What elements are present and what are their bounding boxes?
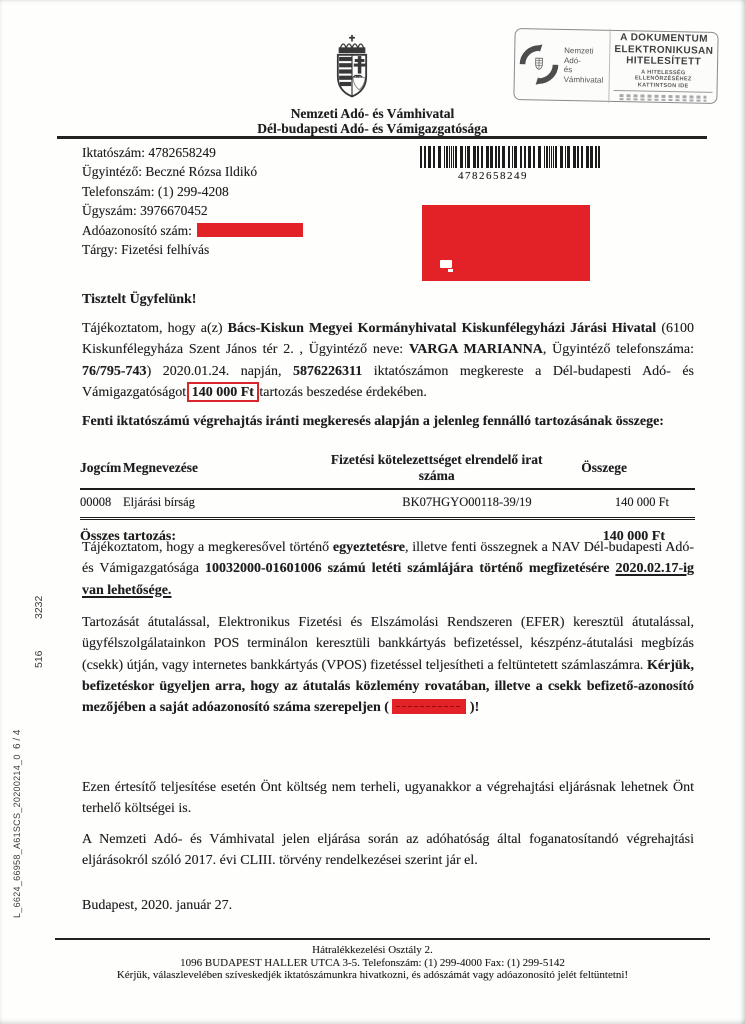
electronic-authentication-stamp[interactable]: Nemzeti Adó- és Vámhivatal A DOKUMENTUM … bbox=[513, 28, 718, 104]
header-divider bbox=[57, 136, 707, 139]
col-osszege: Összege bbox=[560, 451, 695, 489]
paragraph-payment-deadline: Tájékoztatom, hogy a megkeresővel történ… bbox=[82, 537, 694, 601]
footer-note: Kérjük, válaszlevelében szíveskedjék ikt… bbox=[0, 969, 745, 982]
org-unit: Dél-budapesti Adó- és Vámigazgatósága bbox=[0, 121, 745, 137]
barcode bbox=[420, 146, 646, 168]
dateline: Budapest, 2020. január 27. bbox=[82, 895, 694, 916]
meta-adoazonosito: Adóazonosító szám: bbox=[82, 221, 303, 240]
paragraph-legal-basis: A Nemzeti Adó- és Vámhivatal jelen eljár… bbox=[82, 829, 694, 872]
debt-table-section: Jogcím Megnevezése Fizetési kötelezettsé… bbox=[80, 451, 695, 545]
barcode-number: 4782658249 bbox=[437, 170, 549, 182]
stamp-subtitle-line2[interactable]: KATTINTSON IDE bbox=[614, 81, 713, 89]
paragraph-debt-heading: Fenti iktatószámú végrehajtás iránti meg… bbox=[82, 411, 694, 432]
debt-table: Jogcím Megnevezése Fizetési kötelezettsé… bbox=[80, 451, 695, 520]
redaction-artifact-icon bbox=[440, 260, 452, 268]
col-megnevezese: Megnevezése bbox=[123, 451, 314, 489]
margin-mark-3232: 3232 bbox=[33, 596, 45, 619]
meta-targy: Tárgy: Fizetési felhívás bbox=[82, 240, 303, 259]
salutation: Tisztelt Ügyfelünk! bbox=[82, 289, 694, 310]
table-row: 00008 Eljárási bírság BK07HGYO00118-39/1… bbox=[80, 489, 695, 519]
hungarian-coat-of-arms-icon bbox=[327, 34, 377, 109]
document-meta-block: Iktatószám: 4782658249 Ügyintéző: Beczné… bbox=[82, 143, 303, 259]
stamp-agency-line1: Nemzeti Adó- bbox=[564, 46, 610, 66]
paragraph-request-info: Tájékoztatom, hogy a(z) Bács-Kiskun Megy… bbox=[82, 318, 694, 403]
meta-telefonszam: Telefonszám: (1) 299-4208 bbox=[82, 182, 303, 201]
redaction-address-block bbox=[422, 205, 590, 281]
margin-mark-page: 6 / 4 bbox=[12, 730, 23, 749]
footer-divider bbox=[55, 938, 710, 940]
stamp-agency-line2: és Vámhivatal bbox=[564, 65, 610, 85]
col-irat-szama: Fizetési kötelezettséget elrendelő irat … bbox=[314, 451, 560, 489]
redaction-inline-tax-id bbox=[392, 699, 466, 714]
margin-mark-file-id: L_6624_66958_A61SCS_20200214_0 bbox=[12, 754, 22, 918]
footer-address: 1096 BUDAPEST HALLER UTCA 3-5. Telefonsz… bbox=[0, 957, 745, 970]
paragraph-costs: Ezen értesítő teljesítése esetén Önt köl… bbox=[82, 777, 694, 820]
meta-iktatoszam: Iktatószám: 4782658249 bbox=[82, 143, 303, 162]
margin-mark-516: 516 bbox=[33, 650, 45, 668]
col-jogcim: Jogcím bbox=[80, 451, 123, 489]
paragraph-payment-methods: Tartozását átutalással, Elektronikus Fiz… bbox=[82, 612, 694, 718]
org-name: Nemzeti Adó- és Vámhivatal bbox=[0, 106, 745, 122]
amount-highlight-box: 140 000 Ft bbox=[187, 382, 259, 402]
meta-ugyintezo: Ügyintéző: Beczné Rózsa Ildikó bbox=[82, 162, 303, 181]
footer: Hátralékkezelési Osztály 2. 1096 BUDAPES… bbox=[0, 944, 745, 982]
meta-ugyszam: Ügyszám: 3976670452 bbox=[82, 201, 303, 220]
footer-department: Hátralékkezelési Osztály 2. bbox=[0, 944, 745, 957]
scanned-letter-page: Nemzeti Adó- és Vámhivatal A DOKUMENTUM … bbox=[0, 0, 745, 1024]
table-header-row: Jogcím Megnevezése Fizetési kötelezettsé… bbox=[80, 451, 695, 489]
stamp-title-line3: HITELESÍTETT bbox=[614, 55, 713, 68]
stamp-fineprint-lines bbox=[613, 90, 712, 102]
redaction-tax-id bbox=[197, 223, 303, 237]
nav-circular-logo-icon bbox=[515, 43, 565, 86]
